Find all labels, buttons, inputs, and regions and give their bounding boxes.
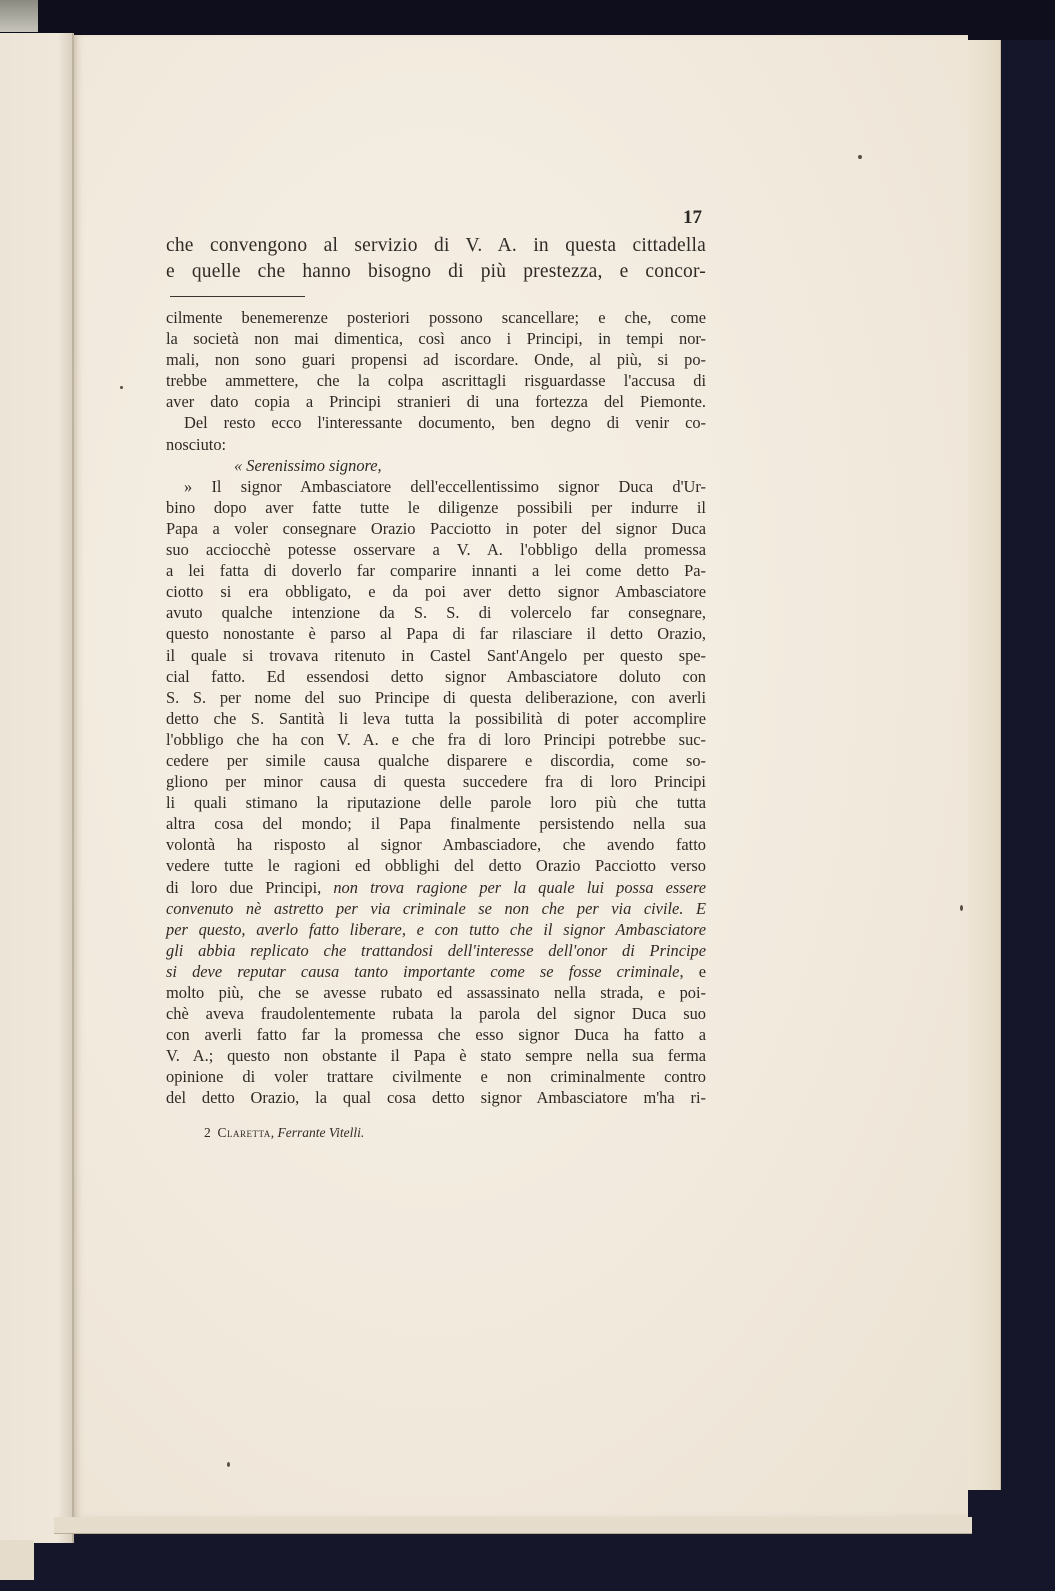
- letter-line: l'obbligo che ha con V. A. e che fra di …: [166, 729, 706, 750]
- letter-line: cial fatto. Ed essendosi detto signor Am…: [166, 666, 706, 687]
- letter-line-mixed: di loro due Principi, non trova ragione …: [166, 877, 706, 898]
- facing-page-edge: [0, 33, 74, 1543]
- letter-line: avuto qualche intenzione da S. S. di vol…: [166, 602, 706, 623]
- letter-line: volontà ha risposto al signor Ambasciado…: [166, 834, 706, 855]
- signature-title: Ferrante Vitelli.: [278, 1125, 365, 1140]
- body-text: che convengono al servizio di V. A. in q…: [166, 233, 706, 285]
- letter-line: S. S. per nome del suo Principe di quest…: [166, 687, 706, 708]
- letter-line-italic: convenuto nè astretto per via criminale …: [166, 898, 706, 919]
- letter-line: altra cosa del mondo; il Papa finalmente…: [166, 813, 706, 834]
- roman-run: di loro due Principi,: [166, 878, 333, 897]
- letter-line: questo nonostante è parso al Papa di far…: [166, 623, 706, 644]
- letter-line: opinione di voler trattare civilmente e …: [166, 1066, 706, 1087]
- note-line: nosciuto:: [166, 434, 706, 455]
- note-line: trebbe ammettere, che la colpa ascrittag…: [166, 370, 706, 391]
- letter-salutation: « Serenissimo signore,: [166, 455, 706, 476]
- scanner-backdrop: [0, 0, 1055, 40]
- footnote-rule: [170, 296, 305, 297]
- letter-line: bino dopo aver fatte tutte le diligenze …: [166, 497, 706, 518]
- sheet-number: 2: [204, 1125, 211, 1140]
- page-number: 17: [683, 207, 702, 229]
- letter-line: detto che S. Santità li leva tutta la po…: [166, 708, 706, 729]
- letter-line: li quali stimano la riputazione delle pa…: [166, 792, 706, 813]
- letter-line: V. A.; questo non obstante il Papa è sta…: [166, 1045, 706, 1066]
- signature-author: Claretta: [218, 1125, 271, 1140]
- signature-separator: ,: [271, 1125, 278, 1140]
- letter-line: Papa a voler consegnare Orazio Pacciotto…: [166, 518, 706, 539]
- note-line: la società non mai dimentica, così anco …: [166, 328, 706, 349]
- letter-line: del detto Orazio, la qual cosa detto sig…: [166, 1087, 706, 1108]
- letter-line-italic: gli abbia replicato che trattandosi dell…: [166, 940, 706, 961]
- footnote-text: cilmente benemerenze posteriori possono …: [166, 307, 706, 1109]
- book-spine: [0, 0, 38, 32]
- letter-line-italic: per questo, averlo fatto liberare, e con…: [166, 919, 706, 940]
- letter-line: cedere per simile causa qualche disparer…: [166, 750, 706, 771]
- italic-run: non trova ragione per la quale lui possa…: [333, 878, 706, 897]
- note-line: mali, non sono guari propensi ad iscorda…: [166, 349, 706, 370]
- letter-line: a lei fatta di doverlo far comparire inn…: [166, 560, 706, 581]
- letter-line: ciotto si era obbligato, e da poi aver d…: [166, 581, 706, 602]
- roman-run: , e: [679, 962, 706, 981]
- letter-line: molto più, che se avesse rubato ed assas…: [166, 982, 706, 1003]
- note-line: cilmente benemerenze posteriori possono …: [166, 307, 706, 328]
- letter-line: vedere tutte le ragioni ed obblighi del …: [166, 855, 706, 876]
- printer-signature: 2 Claretta, Ferrante Vitelli.: [204, 1125, 364, 1141]
- body-line: che convengono al servizio di V. A. in q…: [166, 233, 706, 259]
- letter-line: suo acciocchè potesse osservare a V. A. …: [166, 539, 706, 560]
- letter-line: con averli fatto far la promessa che ess…: [166, 1024, 706, 1045]
- note-line: Del resto ecco l'interessante documento,…: [166, 412, 706, 433]
- paper-speck: [858, 155, 862, 159]
- paper-speck: [227, 1462, 230, 1467]
- page-fore-edge: [966, 40, 1001, 1490]
- italic-run: si deve reputar causa tanto importante c…: [166, 962, 679, 981]
- paper-speck: [960, 905, 963, 911]
- letter-line: » Il signor Ambasciatore dell'eccellenti…: [166, 476, 706, 497]
- note-line: aver dato copia a Principi stranieri di …: [166, 391, 706, 412]
- letter-line-mixed: si deve reputar causa tanto importante c…: [166, 961, 706, 982]
- body-line: e quelle che hanno bisogno di più preste…: [166, 259, 706, 285]
- letter-line: il quale si trovava ritenuto in Castel S…: [166, 645, 706, 666]
- letter-line: gliono per minor causa di questa succede…: [166, 771, 706, 792]
- letter-line: chè aveva fraudolentemente rubata la par…: [166, 1003, 706, 1024]
- paper-speck: [120, 386, 123, 389]
- facing-page-corner: [0, 1540, 34, 1580]
- page-bottom-edge: [54, 1517, 972, 1534]
